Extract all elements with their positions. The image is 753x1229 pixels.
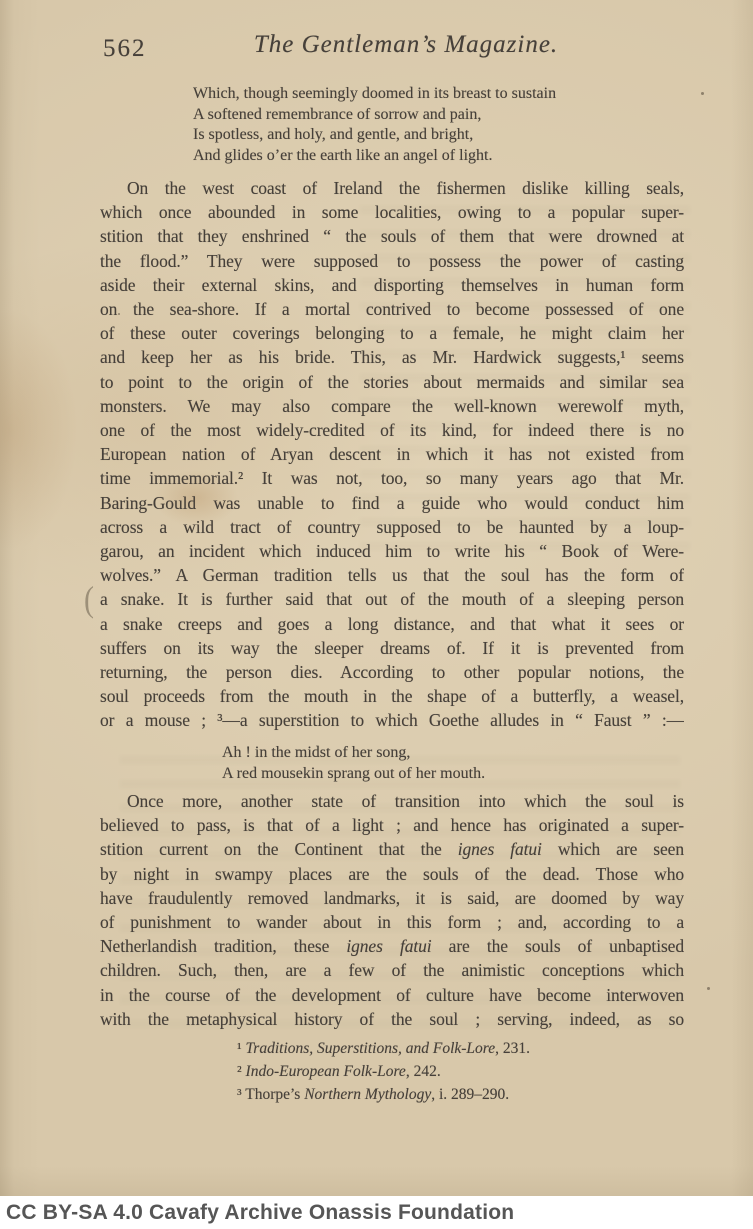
text-line: soul proceeds from the mouth in the shap… xyxy=(100,684,684,708)
text-line: And glides o’er the earth like an angel … xyxy=(193,146,673,167)
text-line: On the west coast of Ireland the fisherm… xyxy=(100,176,684,200)
text-line: by night in swampy places are the souls … xyxy=(100,862,684,886)
text-line: wolves.” A German tradition tells us tha… xyxy=(100,563,684,587)
text-line: Which, though seemingly doomed in its br… xyxy=(193,84,673,105)
text-line: monsters. We may also compare the well-k… xyxy=(100,394,684,418)
text-line: garou, an incident which induced him to … xyxy=(100,539,684,563)
text-line: Baring-Gould was unable to find a guide … xyxy=(100,491,684,515)
text-line: of these outer coverings belonging to a … xyxy=(100,321,684,345)
text-line: or a mouse ; ³—a superstition to which G… xyxy=(100,708,684,732)
text-line: ³ Thorpe’s Northern Mythology, i. 289–29… xyxy=(237,1083,677,1106)
text-line: Ah ! in the midst of her song, xyxy=(222,743,642,764)
text-line: the flood.” They were supposed to posses… xyxy=(100,249,684,273)
text-line: believed to pass, is that of a light ; a… xyxy=(100,813,684,837)
verse-quote-top: Which, though seemingly doomed in its br… xyxy=(193,84,673,166)
paragraph-ignes-fatui: Once more, another state of transition i… xyxy=(100,789,684,1031)
text-line: which once abounded in some localities, … xyxy=(100,200,684,224)
text-line: a snake creeps and goes a long distance,… xyxy=(100,612,684,636)
text-line: a snake. It is further said that out of … xyxy=(100,587,684,611)
stray-pen-mark: ( xyxy=(84,580,94,621)
text-line: returning, the person dies. According to… xyxy=(100,660,684,684)
text-line: stition current on the Continent that th… xyxy=(100,837,684,861)
license-bar: CC BY-SA 4.0 Cavafy Archive Onassis Foun… xyxy=(0,1196,753,1229)
text-line: aside their external skins, and disporti… xyxy=(100,273,684,297)
text-line: Netherlandish tradition, these ignes fat… xyxy=(100,934,684,958)
scanned-page: 562 The Gentleman’s Magazine. Which, tho… xyxy=(0,0,753,1229)
text-line: Once more, another state of transition i… xyxy=(100,789,684,813)
text-line: suffers on its way the sleeper dreams of… xyxy=(100,636,684,660)
text-line: one of the most widely-credited of its k… xyxy=(100,418,684,442)
paper-speck xyxy=(707,987,710,990)
footnotes: ¹ Traditions, Superstitions, and Folk-Lo… xyxy=(237,1037,677,1106)
text-line: across a wild tract of country supposed … xyxy=(100,515,684,539)
text-line: in the course of the development of cult… xyxy=(100,983,684,1007)
text-line: and keep her as his bride. This, as Mr. … xyxy=(100,345,684,369)
text-line: stition that they enshrined “ the souls … xyxy=(100,224,684,248)
text-line: ² Indo-European Folk-Lore, 242. xyxy=(237,1060,677,1083)
text-line: A softened remembrance of sorrow and pai… xyxy=(193,105,673,126)
license-text: CC BY-SA 4.0 Cavafy Archive Onassis Foun… xyxy=(6,1201,514,1225)
paragraph-seal-werewolf-superstitions: On the west coast of Ireland the fisherm… xyxy=(100,176,684,733)
paper-speck xyxy=(701,92,704,95)
journal-title: The Gentleman’s Magazine. xyxy=(114,31,698,59)
verse-quote-faust: Ah ! in the midst of her song,A red mous… xyxy=(222,743,642,784)
text-line: ¹ Traditions, Superstitions, and Folk-Lo… xyxy=(237,1037,677,1060)
text-line: Is spotless, and holy, and gentle, and b… xyxy=(193,125,673,146)
text-line: to point to the origin of the stories ab… xyxy=(100,370,684,394)
text-line: European nation of Aryan descent in whic… xyxy=(100,442,684,466)
text-line: of punishment to wander about in this fo… xyxy=(100,910,684,934)
page-paper: 562 The Gentleman’s Magazine. Which, tho… xyxy=(0,0,753,1196)
text-line: children. Such, then, are a few of the a… xyxy=(100,958,684,982)
text-line: have fraudulently removed landmarks, it … xyxy=(100,886,684,910)
paper-speck xyxy=(118,313,120,315)
text-line: time immemorial.² It was not, too, so ma… xyxy=(100,466,684,490)
text-line: with the metaphysical history of the sou… xyxy=(100,1007,684,1031)
text-line: A red mousekin sprang out of her mouth. xyxy=(222,764,642,785)
text-line: on the sea-shore. If a mortal contrived … xyxy=(100,297,684,321)
